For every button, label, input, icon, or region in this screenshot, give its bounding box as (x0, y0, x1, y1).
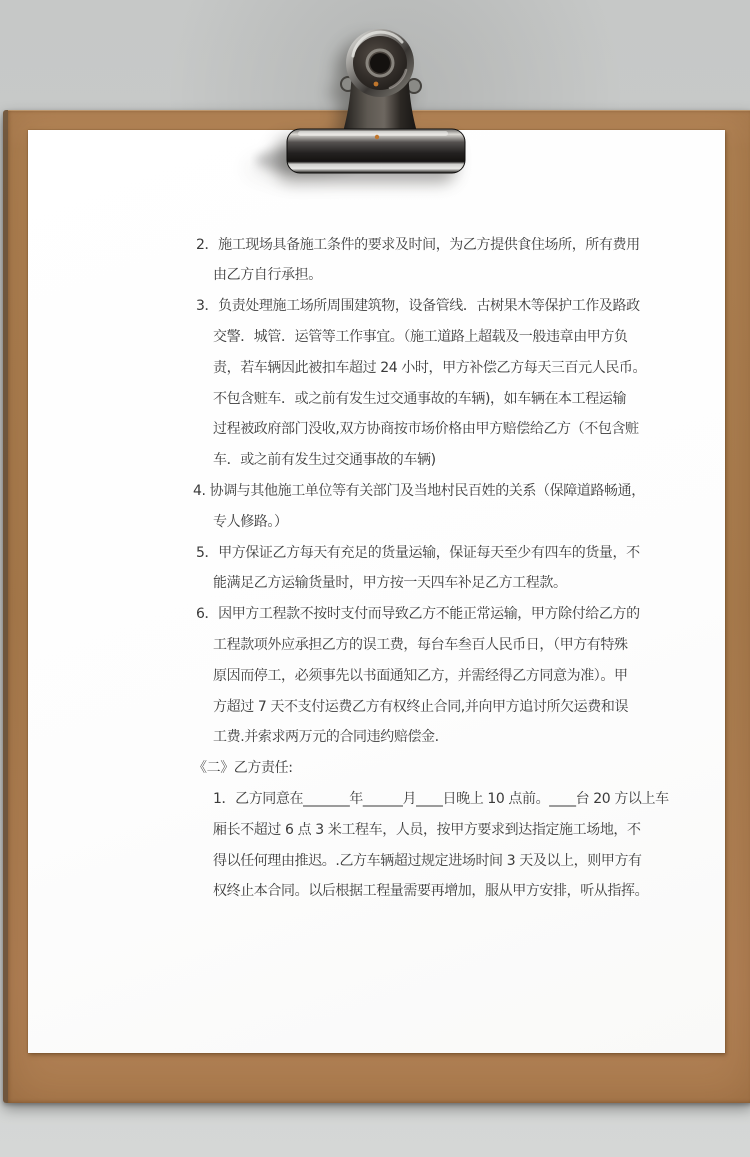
document-line: 2．施工现场具备施工条件的要求及时间，为乙方提供食住场所，所有费用 (28, 230, 725, 261)
document-line: 1．乙方同意在_______年______月____日晚上 10 点前。____… (28, 784, 725, 815)
clip-amber-reflection (374, 82, 379, 87)
clip-knob-hole (370, 53, 390, 73)
document-line: 过程被政府部门没收,双方协商按市场价格由甲方赔偿给乙方（不包含赃 (28, 414, 725, 445)
photo-scene: 2．施工现场具备施工条件的要求及时间，为乙方提供食住场所，所有费用由乙方自行承担… (0, 0, 750, 1157)
clip-stem-amber-dot (375, 135, 379, 139)
document-line: 车．或之前有发生过交通事故的车辆) (28, 445, 725, 476)
clip-bar-highlight (298, 131, 448, 136)
document-line: 3．负责处理施工场所周围建筑物，设备管线．古树果木等保护工作及路政 (28, 291, 725, 322)
document-line: 6．因甲方工程款不按时支付而导致乙方不能正常运输，甲方除付给乙方的 (28, 599, 725, 630)
document-line: 《二》乙方责任: (28, 753, 725, 784)
document-line: 由乙方自行承担。 (28, 260, 725, 291)
document-line: 5．甲方保证乙方每天有充足的货量运输，保证每天至少有四车的货量，不 (28, 538, 725, 569)
document-line: 专人修路。） (28, 507, 725, 538)
document-line: 交警．城管．运管等工作事宜。（施工道路上超载及一般违章由甲方负 (28, 322, 725, 353)
document-line: 厢长不超过 6 点 3 米工程车，人员，按甲方要求到达指定施工场地，不 (28, 815, 725, 846)
document-line: 能满足乙方运输货量时，甲方按一天四车补足乙方工程款。 (28, 568, 725, 599)
document-line: 工费.并索求两万元的合同违约赔偿金. (28, 722, 725, 753)
clip-knob (346, 29, 414, 97)
document-line: 原因而停工，必须事先以书面通知乙方，并需经得乙方同意为准）。甲 (28, 661, 725, 692)
document-line: 4. 协调与其他施工单位等有关部门及当地村民百姓的关系（保障道路畅通， (28, 476, 725, 507)
contract-page: 2．施工现场具备施工条件的要求及时间，为乙方提供食住场所，所有费用由乙方自行承担… (28, 130, 725, 1053)
contract-text: 2．施工现场具备施工条件的要求及时间，为乙方提供食住场所，所有费用由乙方自行承担… (28, 230, 725, 908)
document-line: 责，若车辆因此被扣车超过 24 小时，甲方补偿乙方每天三百元人民币。 (28, 353, 725, 384)
document-line: 得以任何理由推迟。.乙方车辆超过规定进场时间 3 天及以上，则甲方有 (28, 846, 725, 877)
document-line: 权终止本合同。以后根据工程量需要再增加，服从甲方安排，听从指挥。 (28, 876, 725, 907)
document-line: 不包含赃车．或之前有发生过交通事故的车辆)，如车辆在本工程运输 (28, 384, 725, 415)
document-line: 方超过 7 天不支付运费乙方有权终止合同,并向甲方追讨所欠运费和误 (28, 692, 725, 723)
document-line: 工程款项外应承担乙方的误工费，每台车叁百人民币日，（甲方有特殊 (28, 630, 725, 661)
binder-clip (250, 8, 510, 198)
